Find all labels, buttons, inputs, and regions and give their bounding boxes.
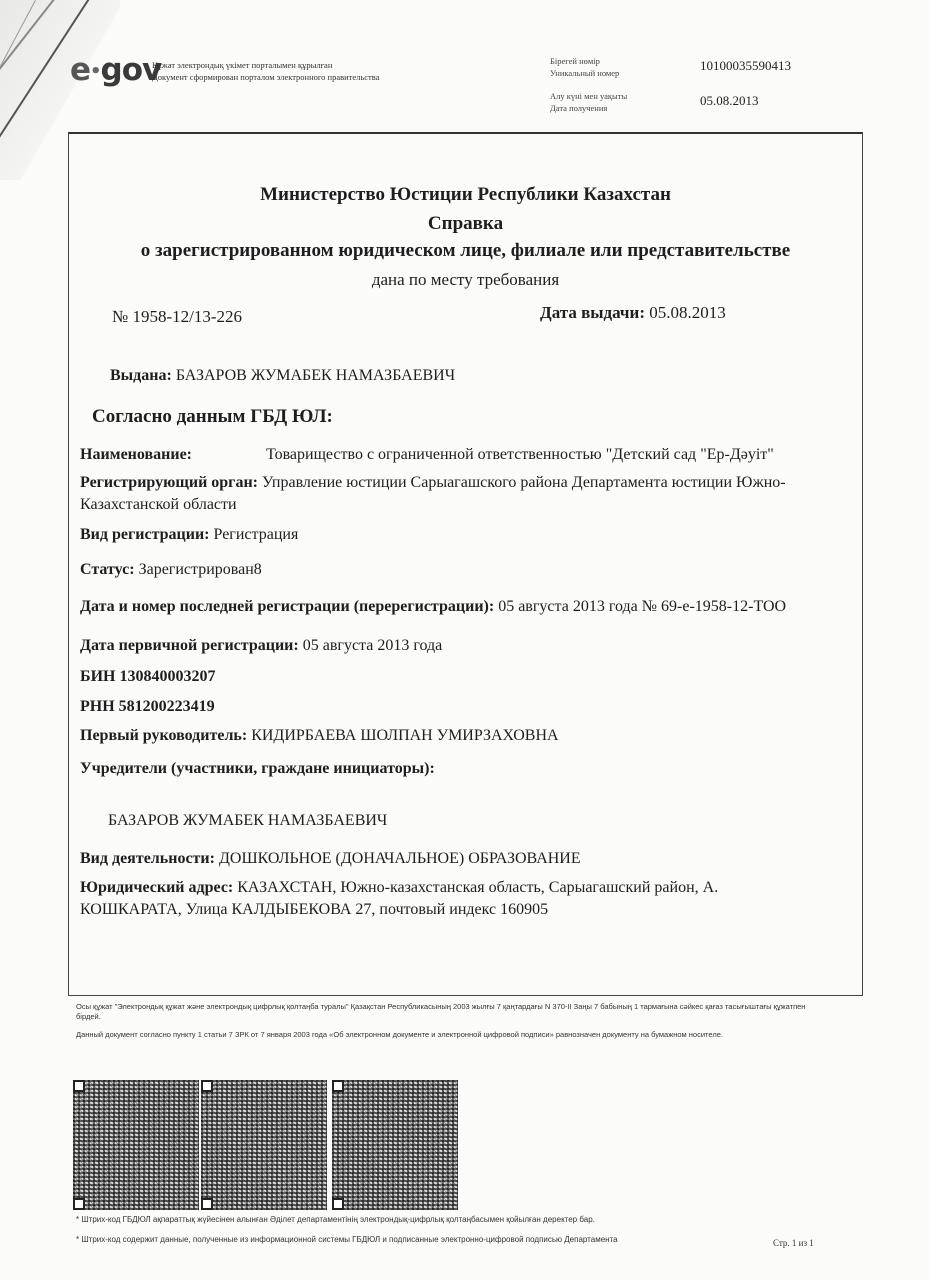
legal-note-kz-cont: бірдей. — [76, 1012, 101, 1021]
source-heading: Согласно данным ГБД ЮЛ: — [92, 406, 333, 428]
unique-number-label: Бірегей нөмір Уникальный номер — [550, 55, 619, 79]
logo-dot-icon: • — [90, 61, 101, 82]
field-activity-label: Вид деятельности: — [80, 850, 215, 867]
issued-to-value: БАЗАРОВ ЖУМАБЕК НАМАЗБАЕВИЧ — [176, 367, 455, 384]
unique-number-label-ru: Уникальный номер — [550, 67, 619, 79]
legal-note-kz: Осы құжат "Электрондық құжат және электр… — [76, 1002, 805, 1011]
unique-number: 10100035590413 — [700, 58, 791, 74]
barcode-3 — [332, 1080, 458, 1210]
field-first-reg: Дата первичной регистрации: 05 августа 2… — [80, 637, 442, 655]
doc-subject: о зарегистрированном юридическом лице, ф… — [68, 240, 863, 262]
field-status-value: Зарегистрирован8 — [139, 561, 262, 578]
field-founders-label: Учредители (участники, граждане инициато… — [80, 760, 435, 778]
field-name-label: Наименование: — [80, 446, 192, 463]
doc-purpose: дана по месту требования — [68, 270, 863, 290]
issue-date: Дата выдачи: 05.08.2013 — [540, 303, 726, 323]
legal-note-ru: Данный документ согласно пункту 1 статьи… — [76, 1030, 723, 1039]
receipt-date-label: Алу күні мен уақыты Дата получения — [550, 90, 627, 114]
field-status-label: Статус: — [80, 561, 135, 578]
unique-number-label-kz: Бірегей нөмір — [550, 55, 619, 67]
portal-note-ru: Документ сформирован порталом электронно… — [152, 71, 379, 83]
field-activity-value: ДОШКОЛЬНОЕ (ДОНАЧАЛЬНОЕ) ОБРАЗОВАНИЕ — [219, 850, 581, 867]
barcode-2 — [201, 1080, 327, 1210]
portal-note: Құжат электрондық үкімет порталымен құры… — [152, 59, 379, 83]
barcode-1 — [73, 1080, 199, 1210]
field-address-label: Юридический адрес: — [80, 879, 233, 896]
barcode-note-ru: * Штрих-код содержит данные, полученные … — [76, 1235, 618, 1244]
field-last-reg-label: Дата и номер последней регистрации (пере… — [80, 598, 494, 615]
field-rnn: РНН 581200223419 — [80, 698, 215, 716]
receipt-date-label-kz: Алу күні мен уақыты — [550, 90, 627, 102]
field-reg-type-value: Регистрация — [214, 526, 299, 543]
page-number: Стр. 1 из 1 — [773, 1238, 814, 1248]
field-reg-type-label: Вид регистрации: — [80, 526, 210, 543]
issued-to: Выдана: БАЗАРОВ ЖУМАБЕК НАМАЗБАЕВИЧ — [110, 367, 455, 385]
doc-type: Справка — [68, 213, 863, 235]
egov-logo: e•gov — [70, 52, 161, 88]
issued-to-label: Выдана: — [110, 367, 172, 384]
field-last-reg-value: 05 августа 2013 года № 69-е-1958-12-ТОО — [498, 598, 786, 615]
founder-item: БАЗАРОВ ЖУМАБЕК НАМАЗБАЕВИЧ — [108, 812, 387, 830]
field-name-value: Товарищество с ограниченной ответственно… — [266, 446, 774, 464]
field-head-value: КИДИРБАЕВА ШОЛПАН УМИРЗАХОВНА — [251, 727, 558, 744]
ministry-title: Министерство Юстиции Республики Казахста… — [68, 184, 863, 206]
field-name: Наименование:Товарищество с ограниченной… — [80, 446, 192, 464]
field-registrar-label: Регистрирующий орган: — [80, 474, 258, 491]
logo-e: e — [70, 52, 90, 88]
field-first-reg-value: 05 августа 2013 года — [303, 637, 443, 654]
receipt-date: 05.08.2013 — [700, 93, 759, 109]
issue-date-value: 05.08.2013 — [649, 303, 726, 322]
field-first-reg-label: Дата первичной регистрации: — [80, 637, 299, 654]
portal-note-kz: Құжат электрондық үкімет порталымен құры… — [152, 59, 379, 71]
receipt-date-label-ru: Дата получения — [550, 102, 627, 114]
field-bin: БИН 130840003207 — [80, 668, 215, 686]
field-head-label: Первый руководитель: — [80, 727, 247, 744]
field-reg-type: Вид регистрации: Регистрация — [80, 526, 298, 544]
field-status: Статус: Зарегистрирован8 — [80, 561, 262, 579]
field-registrar: Регистрирующий орган: Управление юстиции… — [80, 472, 820, 516]
field-address: Юридический адрес: КАЗАХСТАН, Южно-казах… — [80, 877, 820, 921]
field-activity: Вид деятельности: ДОШКОЛЬНОЕ (ДОНАЧАЛЬНО… — [80, 850, 581, 868]
doc-number: № 1958-12/13-226 — [112, 307, 242, 327]
issue-date-label: Дата выдачи: — [540, 303, 645, 322]
field-head: Первый руководитель: КИДИРБАЕВА ШОЛПАН У… — [80, 727, 559, 745]
field-last-reg: Дата и номер последней регистрации (пере… — [80, 598, 786, 616]
barcode-note-kz: * Штрих-код ГБДЮЛ ақпараттық жүйесінен а… — [76, 1215, 595, 1224]
